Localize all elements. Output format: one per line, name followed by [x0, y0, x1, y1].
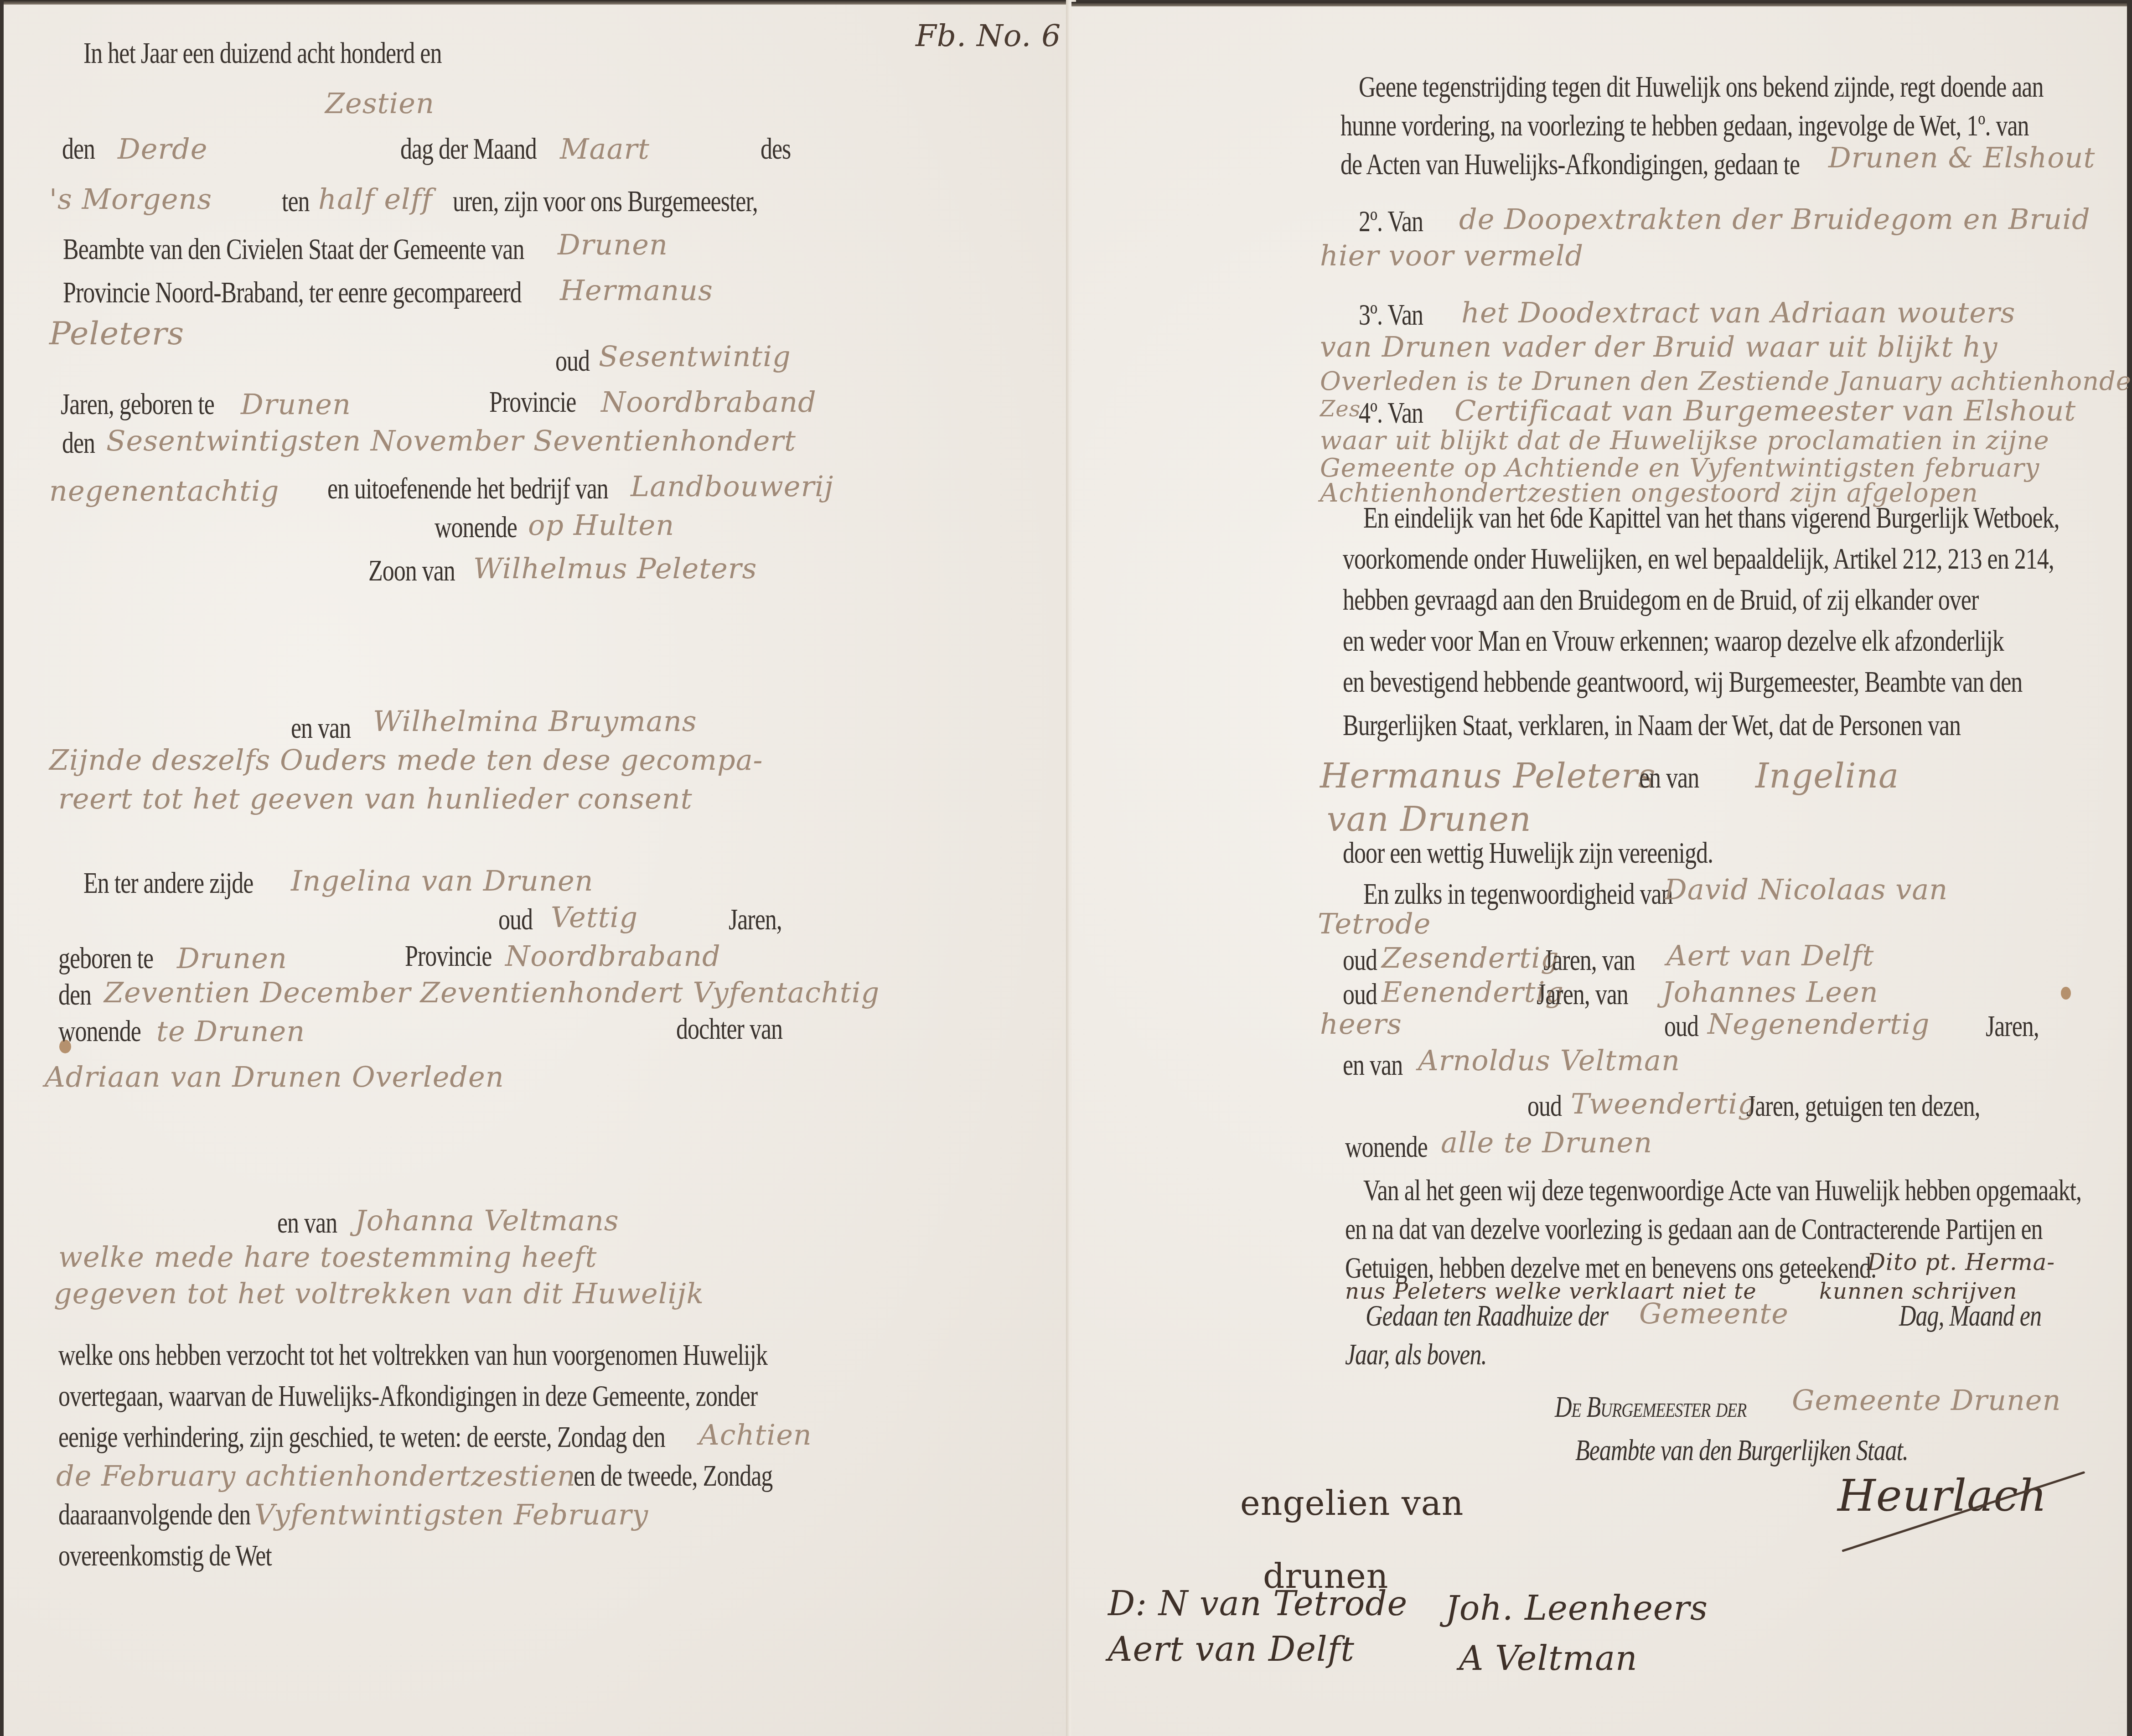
- line-27-print: eenige verhindering, zijn geschied, te w…: [58, 1420, 665, 1454]
- line-17-oud: oud: [498, 903, 533, 937]
- place-of-signing: Gemeente: [1639, 1297, 1789, 1330]
- line-4-municipality: Drunen: [558, 228, 668, 261]
- right-line-19-en-van: en van: [1639, 761, 1699, 795]
- right-line-3: de Acten van Huwelijks-Afkondigingen, ge…: [1340, 148, 1800, 181]
- right-line-35: Jaar, als boven.: [1345, 1338, 1486, 1372]
- right-line-21: door een wettig Huwelijk zijn vereenigd.: [1343, 836, 1713, 870]
- groom-age: Sesentwintig: [599, 340, 791, 373]
- line-19-den: den: [58, 978, 91, 1012]
- right-line-26-jaren: Jaren,: [1986, 1010, 2039, 1043]
- right-line-34-end: Dag, Maand en: [1899, 1299, 2041, 1333]
- line-1-print: In het Jaar een duizend acht honderd en: [83, 36, 441, 70]
- item-3-text-cont-1: van Drunen vader der Bruid waar uit blij…: [1320, 330, 1997, 363]
- bride-name: Ingelina van Drunen: [291, 864, 594, 897]
- right-line-30: Van al het geen wij deze tegenwoordige A…: [1363, 1174, 2081, 1207]
- bride-age: Vettig: [551, 901, 638, 934]
- mayor-office: Beambte van den Burgerlijken Staat.: [1575, 1434, 1908, 1467]
- right-line-28-oud: oud: [1527, 1089, 1562, 1123]
- right-line-14: voorkomende onder Huwelijken, en wel bep…: [1343, 542, 2054, 576]
- item-2-text: de Doopextrakten der Bruidegom en Bruid: [1459, 202, 2091, 236]
- line-2-month: Maart: [560, 132, 650, 166]
- line-2-day: Derde: [118, 132, 207, 166]
- bride-birth-province: Noordbraband: [505, 939, 721, 973]
- right-line-29-wonende: wonende: [1345, 1130, 1428, 1164]
- witness-3-signature: Joh. Leenheers: [1445, 1589, 1708, 1628]
- bride-birthplace: Drunen: [177, 942, 287, 975]
- line-2-des: des: [761, 132, 791, 166]
- item-4-text-cont-1: waar uit blijkt dat de Huwelijkse procla…: [1320, 426, 2049, 456]
- line-5-print: Provincie Noord-Braband, ter eenre gecom…: [63, 276, 522, 310]
- line-18-provincie: Provincie: [405, 939, 492, 973]
- groom-father: Wilhelmus Peleters: [473, 552, 757, 585]
- right-line-25-oud: oud: [1343, 978, 1377, 1011]
- line-11-wonende: wonende: [435, 511, 517, 544]
- line-18-print: geboren te: [58, 942, 153, 975]
- line-20-dochter-van: dochter van: [676, 1012, 782, 1046]
- line-3-ten: ten: [282, 185, 310, 218]
- right-line-2: hunne vordering, na voorlezing te hebben…: [1340, 109, 2029, 143]
- line-10-print: en uitoefenende het bedrijf van: [327, 472, 608, 506]
- right-line-15: hebben gevraagd aan den Bruidegom en de …: [1343, 583, 1978, 617]
- witness-1-age: Zesendertig: [1382, 941, 1559, 974]
- line-9-den: den: [62, 426, 95, 460]
- line-22-en-van: en van: [277, 1206, 337, 1240]
- line-20-wonende: wonende: [58, 1015, 141, 1048]
- groom-birthdate-cont: negenentachtig: [49, 474, 279, 508]
- right-page: Geene tegenstrijding tegen dit Huwelijk …: [1071, 2, 2127, 1736]
- ink-spot: [2061, 987, 2071, 1000]
- item-2-text-cont: hier voor vermeld: [1320, 239, 1583, 272]
- right-line-13: En eindelijk van het 6de Kapittel van he…: [1363, 501, 2060, 535]
- groom-first-name: Hermanus: [560, 274, 713, 307]
- item-4-text: Certificaat van Burgemeester van Elshout: [1454, 394, 2076, 427]
- witness-4-name: Arnoldus Veltman: [1418, 1044, 1680, 1077]
- second-proclamation-date: Vyfentwintigsten February: [254, 1498, 648, 1531]
- line-26-print: overtegaan, waarvan de Huwelijks-Afkondi…: [58, 1379, 757, 1413]
- line-1-hand: Zestien: [325, 87, 435, 120]
- groom-name-declared: Hermanus Peleters: [1320, 757, 1656, 796]
- line-30-print: overeenkomstig de Wet: [58, 1539, 272, 1573]
- line-25-print: welke ons hebben verzocht tot het voltre…: [58, 1338, 767, 1372]
- line-3-hour: half elff: [318, 182, 433, 216]
- right-line-9: 4º. Van: [1359, 396, 1423, 430]
- proclamation-places: Drunen & Elshout: [1828, 141, 2095, 174]
- line-17-jaren: Jaren,: [729, 903, 782, 937]
- witness-2-name: Aert van Delft: [1666, 939, 1874, 972]
- mayor-municipality: Gemeente Drunen: [1792, 1384, 2061, 1417]
- witness-3-age: Negenendertig: [1708, 1007, 1930, 1041]
- right-line-28-print: Jaren, getuigen ten dezen,: [1746, 1089, 1980, 1123]
- groom-birth-province: Noordbraband: [601, 385, 817, 419]
- bride-signature-1: engelien van: [1240, 1484, 1464, 1523]
- groom-birthplace: Drunen: [241, 388, 351, 421]
- item-3-text-cont-2: Overleden is te Drunen den Zestiende Jan…: [1320, 367, 2132, 396]
- groom-mother: Wilhelmina Bruymans: [373, 705, 697, 738]
- bride-father: Adriaan van Drunen Overleden: [45, 1060, 504, 1093]
- line-7-oud: oud: [555, 344, 590, 378]
- witness-2-signature: Aert van Delft: [1108, 1630, 1355, 1669]
- bride-mother: Johanna Veltmans: [355, 1204, 619, 1237]
- bride-birthdate: Zeventien December Zeventienhondert Vyfe…: [104, 976, 880, 1009]
- bride-name-declared-cont: van Drunen: [1327, 800, 1532, 839]
- line-8-provincie: Provincie: [489, 385, 576, 419]
- right-line-16: en weder voor Man en Vrouw erkennen; waa…: [1343, 624, 2004, 658]
- top-edge: [4, 0, 1071, 5]
- groom-cannot-sign-note: Dito pt. Herma-: [1867, 1249, 2055, 1275]
- right-line-1: Geene tegenstrijding tegen dit Huwelijk …: [1359, 70, 2043, 104]
- witness-4-signature: A Veltman: [1459, 1639, 1638, 1678]
- bride-residence: te Drunen: [156, 1015, 305, 1048]
- witness-1-name: David Nicolaas van: [1664, 873, 1948, 906]
- bride-mother-note-1: welke mede hare toestemming heeft: [58, 1240, 597, 1274]
- groom-surname: Peleters: [49, 315, 184, 352]
- witness-3-name-cont: heers: [1320, 1007, 1402, 1041]
- folio-number: Fb. No. 6: [916, 18, 1061, 53]
- mayor-title: De Burgemeester der: [1555, 1390, 1746, 1424]
- line-16-print: En ter andere zijde: [83, 866, 253, 900]
- witness-1-name-cont: Tetrode: [1318, 907, 1431, 940]
- right-line-27-en-van: en van: [1343, 1048, 1402, 1082]
- line-12-zoon-van: Zoon van: [368, 554, 455, 588]
- groom-parents-note-1: Zijnde deszelfs Ouders mede ten dese gec…: [49, 743, 763, 777]
- left-page: Fb. No. 6 In het Jaar een duizend acht h…: [4, 0, 1071, 1736]
- right-line-25-jaren: Jaren, van: [1537, 978, 1628, 1011]
- witness-3-name: Johannes Leen: [1662, 975, 1878, 1009]
- groom-residence: op Hulten: [528, 508, 674, 542]
- line-13-en-van: en van: [291, 711, 351, 745]
- bride-name-declared: Ingelina: [1755, 757, 1899, 796]
- line-4-print: Beambte van den Civielen Staat der Gemee…: [63, 233, 524, 266]
- line-2-den: den: [62, 132, 95, 166]
- item-3-text: het Doodextract van Adriaan wouters: [1461, 296, 2015, 329]
- line-29-print: daaraanvolgende den: [58, 1498, 250, 1532]
- right-line-4: 2º. Van: [1359, 205, 1423, 238]
- right-line-24-oud: oud: [1343, 943, 1377, 977]
- right-line-34: Gedaan ten Raadhuize der: [1366, 1299, 1608, 1333]
- first-proclamation-date-cont: de February achtienhondertzestien: [56, 1459, 576, 1492]
- item-3-text-cont-3: Zes: [1320, 396, 1361, 422]
- right-line-24-jaren: Jaren, van: [1543, 943, 1635, 977]
- groom-occupation: Landbouwerij: [631, 470, 833, 503]
- line-2-dag: dag der Maand: [400, 132, 537, 166]
- right-line-18: Burgerlijken Staat, verklaren, in Naam d…: [1343, 709, 1961, 742]
- groom-parents-note-2: reert tot het geeven van hunlieder conse…: [58, 782, 693, 815]
- right-line-6: 3º. Van: [1359, 298, 1423, 332]
- bride-mother-note-2: gegeven tot het voltrekken van dit Huwel…: [54, 1277, 704, 1310]
- right-line-22: En zulks in tegenwoordigheid van: [1363, 877, 1673, 911]
- line-28-print: en de tweede, Zondag: [574, 1459, 772, 1493]
- right-line-31: en na dat van dezelve voorlezing is geda…: [1345, 1213, 2043, 1246]
- line-3-time-of-day: 's Morgens: [49, 182, 212, 216]
- witness-4-age: Tweendertig: [1571, 1087, 1756, 1120]
- witnesses-residence: alle te Drunen: [1441, 1126, 1652, 1159]
- line-3-print: uren, zijn voor ons Burgemeester,: [453, 185, 758, 218]
- groom-birthdate: Sesentwintigsten November Seventienhonde…: [106, 424, 796, 457]
- right-line-17: en bevestigend hebbende geantwoord, wij …: [1343, 665, 2022, 699]
- right-line-26-oud: oud: [1664, 1010, 1698, 1043]
- witness-1-signature: D: N van Tetrode: [1108, 1584, 1408, 1623]
- line-8-print: Jaren, geboren te: [61, 388, 214, 421]
- top-edge: [1071, 2, 2127, 6]
- first-proclamation-date: Achtien: [699, 1418, 812, 1451]
